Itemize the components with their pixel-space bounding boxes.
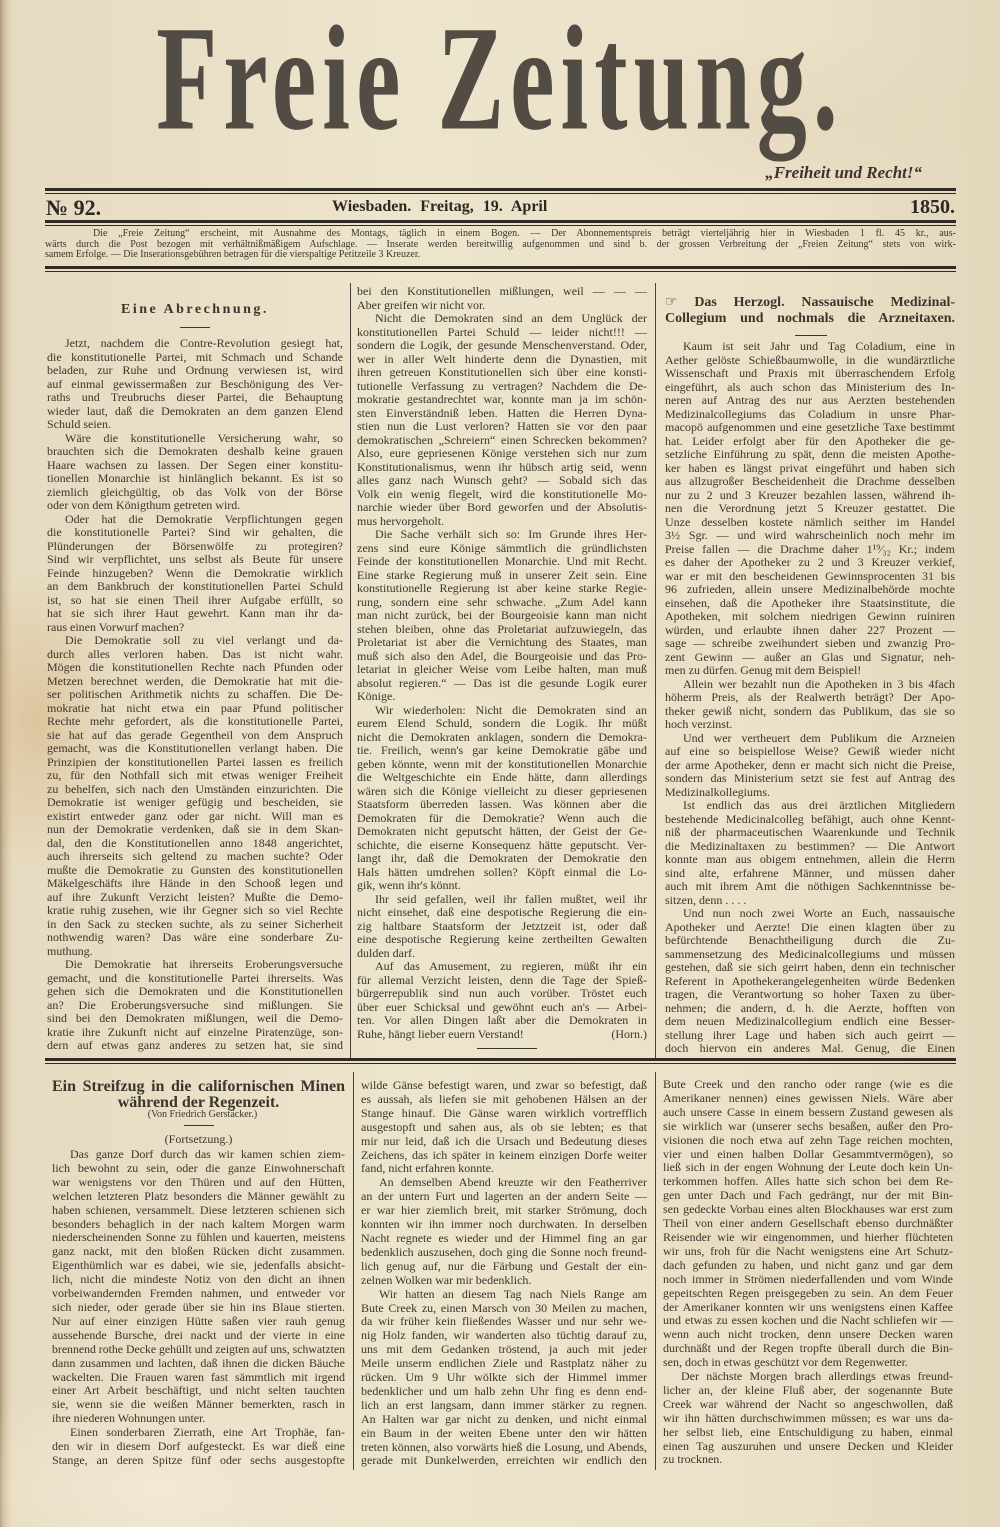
- text-line: Plünderungen der Börsenwölfe zu protegir…: [47, 540, 343, 554]
- text-line: Apotheker und Aerzte! Die einen klagten …: [665, 921, 955, 935]
- text-line: mus hervorgeholt.: [357, 515, 647, 529]
- text-line: alles ganz nach Wunsch geht? — Sobald si…: [357, 474, 647, 488]
- text-line: tionellen Monarchie ist hinlänglich beka…: [47, 472, 343, 486]
- text-line: Wissenschaft und Praxis mit überraschend…: [665, 367, 955, 381]
- text-line: uns mit dem Gedanken tröstend, ja auch m…: [361, 1343, 647, 1357]
- text-line: lich, nicht die mindeste Notiz von den d…: [52, 1273, 345, 1287]
- text-line: sten Einverständniß leben. Hatten die He…: [357, 407, 647, 421]
- text-line: gepeitschten Regen preisgegeben zu sein.…: [663, 1287, 953, 1301]
- text-line: die konstitutionelle Partei? Sind wir ge…: [47, 526, 343, 540]
- text-line: Aether gelöste Schießbaumwolle, in die w…: [665, 354, 955, 368]
- text-line: bürgerrepublik sind nun auch vorüber. Tr…: [357, 987, 647, 1001]
- text-line: in den Sack zu stecken suchte, als zu se…: [47, 918, 343, 932]
- issue-year: 1850.: [910, 196, 955, 219]
- text-line: auf ihre Zukunft Verzicht leisten? Mußte…: [47, 891, 343, 905]
- text-line: wilde Gänse befestigt waren, und zwar so…: [361, 1079, 647, 1093]
- text-line: nehmen; die andern, d. h. die Aerzte, ho…: [665, 1002, 955, 1016]
- text-line: nig Holz fanden, wir wanderten also tüch…: [361, 1329, 647, 1343]
- issue-number: № 92.: [46, 195, 101, 221]
- text-line: Ruhe, hängt lieber euern Verstand!(Horn.…: [357, 1028, 647, 1042]
- text-line: Das ganze Dorf durch das wir kamen schie…: [52, 1148, 345, 1162]
- text-line: war wenigstens vor den Thüren und auf de…: [52, 1176, 345, 1190]
- author-signature: (Horn.): [611, 1028, 647, 1042]
- text-line: Nur auf einer einzigen Hütte saßen vier …: [52, 1315, 345, 1329]
- text-line: Stange, an deren Spitze fünf oder sechs …: [52, 1454, 345, 1468]
- article-title-eine-abrechnung: Eine Abrechnung.: [47, 302, 343, 318]
- text-line: gerade mit Dunkelwerden, erreichten wir …: [361, 1454, 647, 1468]
- text-line: Rechte mehr gefordert, als die konstitut…: [47, 715, 343, 729]
- text-line: auf eine so beispiellose Weise? Gewiß wi…: [665, 745, 955, 759]
- text-line: An demselben Abend kreuzte wir den Feath…: [361, 1176, 647, 1190]
- text-line: fand, nicht erfahren konnte.: [361, 1162, 647, 1176]
- text-line: sie hat auf das gerade Gegentheil von de…: [47, 729, 343, 743]
- article-column-streifzug-continued: Bute Creek und den rancho oder range (wi…: [663, 1078, 953, 1467]
- text-line: Einen sonderbaren Zierrath, eine Art Tro…: [52, 1426, 345, 1440]
- column-separator: [655, 283, 656, 1058]
- text-line: Referent in Apothekerangelegenheiten wür…: [665, 975, 955, 989]
- text-line: sondern die Logik, der gesunde Menschenv…: [357, 339, 647, 353]
- text-line: auch unsere Casse in einem bessern Zusta…: [663, 1106, 953, 1120]
- text-line: besonders behaglich in der nach kaltem M…: [52, 1218, 345, 1232]
- text-line: sen gedeckte Vorbau eines alten Blockhau…: [663, 1203, 953, 1217]
- text-line: sich nieder, oder gerade über sie hin in…: [52, 1301, 345, 1315]
- text-line: konstitutionelle Regierung ist aber kein…: [357, 582, 647, 596]
- text-line: dach gefunden zu haben, und nicht ganz u…: [663, 1259, 953, 1273]
- text-line: Auf das Amusement, zu regieren, müßt ihr…: [357, 960, 647, 974]
- text-line: Wir wiederholen: Nicht die Demokraten si…: [357, 704, 647, 718]
- text-line: wir uns, froh für die Nacht wenigstens e…: [663, 1245, 953, 1259]
- text-line: visionen die noch etwa auf zehn Tage rei…: [663, 1134, 953, 1148]
- text-line: hat sie sich ihrer Haut gewehrt. Kann ma…: [47, 607, 343, 621]
- text-line: sammensetzung des Medicinalcollegiums un…: [665, 948, 955, 962]
- horizontal-rule: [45, 266, 956, 272]
- text-line: 96 zufrieden, allein unsere Medizinalbeh…: [665, 583, 955, 597]
- text-line: schichte, die eiserne Konsequenz hätte g…: [357, 839, 647, 853]
- column-separator: [353, 1072, 354, 1470]
- text-line: niederscheinenden Sonne zu fühlen und ka…: [52, 1231, 345, 1245]
- text-line: ist, so hat sie einen Theil ihrer Aufgab…: [47, 594, 343, 608]
- text-line: Sind wir verpflichtet, uns selbst als Be…: [47, 553, 343, 567]
- text-line: einsehen, daß die Apotheker ihre Staatsi…: [665, 597, 955, 611]
- text-line: theker gewiß nicht, sondern das Publikum…: [665, 705, 955, 719]
- text-line: tutionelle Verfassung zu vertragen? Nach…: [357, 380, 647, 394]
- text-line: aussehende Bursche, drei nackt und der v…: [52, 1329, 345, 1343]
- text-line: ihren getreuen Konstitutionellen sich üb…: [357, 366, 647, 380]
- text-line: Unze desselben kostete nämlich seither i…: [665, 516, 955, 530]
- masthead-motto: „Freiheit und Recht!“: [690, 163, 922, 183]
- article-title-streifzug: Ein Streifzug in die californischen Mine…: [52, 1078, 345, 1095]
- text-line: Und nun noch zwei Worte an Euch, nassaui…: [665, 907, 955, 921]
- text-line: sage — schreibe zweihundert sieben und z…: [665, 637, 955, 651]
- text-line: Creek war während der Nacht so angeschwo…: [663, 1398, 953, 1412]
- text-line: Nicht die Demokraten sind an dem Unglück…: [357, 312, 647, 326]
- text-line: muthung.: [47, 945, 343, 959]
- text-line: Könige.: [357, 690, 647, 704]
- text-line: zu trocknen.: [663, 1453, 953, 1467]
- section-divider-rule: [45, 1058, 956, 1064]
- text-line: letariat in gleicher Weise vom Leibe hal…: [357, 663, 647, 677]
- text-line: gehen sich die Demokraten und die Konsti…: [47, 985, 343, 999]
- text-line: es daher der Apotheker zu 2 und 3 Kreuze…: [665, 556, 955, 570]
- text-line: her selbst lieb, eine Entschuldigung zu …: [663, 1426, 953, 1440]
- horizontal-rule: [45, 188, 956, 194]
- text-line: dern auf etwas ganz anderes zu setzen ha…: [47, 1039, 343, 1053]
- text-line: Stange hinauf. Die Gänse waren wirklich …: [361, 1107, 647, 1121]
- text-line: Die Demokratie soll zu viel verlangt und…: [47, 634, 343, 648]
- text-line: Prinzipien der konstitutionellen Partei …: [47, 756, 343, 770]
- text-line: lich genug auf, nur die Färbung und Gest…: [361, 1260, 647, 1274]
- text-line: Mögen die konstitutionellen Rechte nach …: [47, 661, 343, 675]
- text-line: wir ihn hätten durchschwimmen müssen; es…: [663, 1412, 953, 1426]
- continuation-label: (Fortsetzung.): [52, 1132, 345, 1146]
- text-line: haben schienen, versammelt. Diese letzte…: [52, 1204, 345, 1218]
- text-line: lich bewohnt zu sein, oder die ganze Ein…: [52, 1162, 345, 1176]
- text-line: da wir früher kein fließendes Wasser und…: [361, 1315, 647, 1329]
- text-line: bedenklicher und um halb zehn Uhr fing e…: [361, 1385, 647, 1399]
- text-line: Nacht regnete es wieder und der Himmel f…: [361, 1232, 647, 1246]
- text-line: rücken. Um 9 Uhr wölkte sich der Himmel …: [361, 1371, 647, 1385]
- text-line: an? Die Eroberungsversuche sind mißlunge…: [47, 999, 343, 1013]
- text-line: bei den Konstitutionellen mißlungen, wei…: [357, 285, 647, 299]
- text-line: Ein Streifzug in die californischen Mine…: [52, 1078, 345, 1095]
- text-line: sen, doch in etwas geschützt vor dem Reg…: [663, 1356, 953, 1370]
- text-line: Und wer vertheuert dem Publikum die Arzn…: [665, 732, 955, 746]
- text-line: Theil von einer andern Gesellschaft eben…: [663, 1217, 953, 1231]
- column-separator: [350, 283, 351, 1058]
- text-line: Zeichens, das ich später in keinem einzi…: [361, 1149, 647, 1163]
- article-title-medizinal-collegium: ☞ Das Herzogl. Nassauische Medizinal-Col…: [665, 295, 955, 326]
- text-line: Wir hatten an diesem Tag nach Niels Rang…: [361, 1288, 647, 1302]
- text-line: Mäkelgeschäfts ihre Hände in den Schooß …: [47, 877, 343, 891]
- text-line: konnte man aus obigem entnehmen, allein …: [665, 853, 955, 867]
- text-line: über euer Schicksal und gewöhnt euch an'…: [357, 1001, 647, 1015]
- text-line: aus allzugroßer Bescheidenheit die Drach…: [665, 475, 955, 489]
- text-line: tragen, die Verantwortung so hoher Taxen…: [665, 988, 955, 1002]
- subscription-notice: Die „Freie Zeitung“ erscheint, mit Ausna…: [45, 229, 956, 261]
- text-line: Bute Creek und den rancho oder range (wi…: [663, 1078, 953, 1092]
- text-line: Wäre die konstitutionelle Versicherung w…: [47, 432, 343, 446]
- text-line: neren auf Antrag des nur aus Aerzten bes…: [665, 394, 955, 408]
- text-line: nicht die Demokraten anklagen, sondern d…: [357, 731, 647, 745]
- text-line: bedenklich auszusehen, doch ging die Son…: [361, 1246, 647, 1260]
- text-line: und etwas zu essen kochen und die Nacht …: [663, 1314, 953, 1328]
- text-line: die konstitutionelle Partei, mit Schmach…: [47, 351, 343, 365]
- text-line: absolut regieren.“ — Das ist die gesunde…: [357, 677, 647, 691]
- text-line: nen die Verordnung jetzt 5 Kreuzer gesta…: [665, 502, 955, 516]
- text-line: brauchten sich die Demokraten deshalb ke…: [47, 445, 343, 459]
- text-line: treten können, also vorwärts hieß die Lo…: [361, 1441, 647, 1455]
- text-line: dem neuen Medizinalcollegium endlich ein…: [665, 1015, 955, 1029]
- text-line: nur zu 2 und 3 Kreuzer bezahlen lassen, …: [665, 489, 955, 503]
- text-line: macopö aufgenommen und eine gesetzliche …: [665, 421, 955, 435]
- text-line: sie, wenn sie die weißen Männer bemerkte…: [52, 1398, 345, 1412]
- text-line: man nicht zurück, bei der Bourgeoisie ka…: [357, 609, 647, 623]
- text-line: würden, und erlaubte ihnen daher 227 Pro…: [665, 624, 955, 638]
- text-line: geben könnte, wenn mit der konstitutione…: [357, 758, 647, 772]
- text-line: muß sich also den Adel, die Bourgeoisie …: [357, 650, 647, 664]
- text-line: wären sich die Könige vielleicht zu dies…: [357, 785, 647, 799]
- text-line: einen Tag auszuruhen und unsere Decken u…: [663, 1440, 953, 1454]
- text-line: zelnen Wolken war mir bedenklich.: [361, 1274, 647, 1288]
- text-line: Meile unserm endlichen Ziele und Rastpla…: [361, 1357, 647, 1371]
- text-line: wer in aller Welt hinderte denn die Dyna…: [357, 353, 647, 367]
- text-line: dann zusammen und lachten, daß ihnen die…: [52, 1357, 345, 1371]
- text-line: war er mit den bescheidenen Gewinnsproce…: [665, 570, 955, 584]
- text-line: sind bei den Demokraten mißlungen, weil …: [47, 1012, 343, 1026]
- text-line: existirt entweder ganz oder gar nicht. W…: [47, 810, 343, 824]
- text-line: samem Erfolge. — Die Inserationsgebühren…: [45, 250, 956, 261]
- text-line: narchie wieder über Bord geworfen und de…: [357, 501, 647, 515]
- text-line: für allemal Verzicht leisten, denn die T…: [357, 974, 647, 988]
- text-line: nun der Demokratie verdenken, daß sie in…: [47, 823, 343, 837]
- text-line: welchen letzteren Platz besonders die Mä…: [52, 1190, 345, 1204]
- text-line: ser politischen Arithmetik nichts zu sch…: [47, 688, 343, 702]
- text-line: Metzen berechnet werden, die Demokratie …: [47, 675, 343, 689]
- text-line: wenn auch nicht trocken, denn unsere Dec…: [663, 1328, 953, 1342]
- text-line: vorbeiwandernden Fremden nahmen, und ent…: [52, 1287, 345, 1301]
- text-line: nicht einsehet, daß eine despotische Reg…: [357, 906, 647, 920]
- text-line: Ist endlich das aus drei ärztlichen Mitg…: [665, 799, 955, 813]
- text-line: dal, den die Konstitutionellen anno 1848…: [47, 837, 343, 851]
- article-byline: (Von Friedrich Gerstäcker.): [60, 1109, 345, 1121]
- text-line: ganz nackt, mit den bloßen Rücken dicht …: [52, 1245, 345, 1259]
- text-line: gik, wenn ihr's könnt.: [357, 879, 647, 893]
- text-line: An Halten war gar nicht zu denken, und n…: [361, 1413, 647, 1427]
- text-line: befürchtende Benachtheiligung durch die …: [665, 934, 955, 948]
- text-line: ließ sich in der engen Wohnung der Leute…: [663, 1161, 953, 1175]
- text-line: brennend rothe Decke gehüllt und zeigten…: [52, 1343, 340, 1357]
- text-line: Reisender wie wir eingenommen, und hierh…: [663, 1231, 953, 1245]
- text-line: Die Demokratie hat ihrerseits Eroberungs…: [47, 958, 343, 972]
- text-line: Aber greifen wir nicht vor.: [357, 299, 647, 313]
- text-line: Ihr seid gefallen, weil ihr fallen mußte…: [357, 893, 647, 907]
- text-line: Also, eure gepriesenen Könige verstehen …: [357, 447, 647, 461]
- text-line: Apotheken, mit solchem niedrigen Gewinn …: [665, 610, 955, 624]
- text-line: durchnäßt und der Regen tropfte überall …: [663, 1342, 953, 1356]
- text-line: Jetzt, nachdem die Contre-Revolution ges…: [47, 337, 343, 351]
- text-line: gemacht, was die Konstitutionellen verla…: [47, 742, 343, 756]
- text-line: langt ihr, daß die Demokraten der Demokr…: [357, 852, 647, 866]
- text-line: der Amerikaner konnten wir uns wenigsten…: [663, 1301, 953, 1315]
- article-column-medizinal-collegium: Kaum ist seit Jahr und Tag Coladium, ein…: [665, 340, 955, 1056]
- text-line: zent Gewinn — außer an Glas und Signatur…: [665, 651, 955, 665]
- text-line: er war hier ziemlich breit, mit starker …: [361, 1204, 647, 1218]
- text-line: an der untern Furt und lagerten an der a…: [361, 1190, 647, 1204]
- text-line: es aussah, als liefen sie mit gehobenen …: [361, 1093, 647, 1107]
- text-line: Eine starke Regierung muß in unserer Zei…: [357, 569, 647, 583]
- title-underline-rule: [184, 1125, 214, 1126]
- text-line: ☞ Das Herzogl. Nassauische Medizinal-: [665, 295, 955, 311]
- text-line: zig haltbare Staatsform der Jetztzeit is…: [357, 920, 647, 934]
- text-line: Eigenthümlich war es dabei, wie sie, jed…: [52, 1259, 345, 1273]
- text-line: mokratie gestandrechtet war, konnte man …: [357, 393, 647, 407]
- article-end-rule: [477, 1048, 537, 1049]
- text-line: Oder hat die Demokratie Verpflichtungen …: [47, 513, 343, 527]
- text-line: den wir in diesem Dorf aufgesteckt. Es w…: [52, 1440, 345, 1454]
- article-column-eine-abrechnung: Jetzt, nachdem die Contre-Revolution ges…: [47, 337, 343, 1053]
- text-line: ausgestopft und sahen aus, als ob sie le…: [361, 1121, 647, 1135]
- text-line: stellung ihrer Lage und haben sich auch …: [665, 1029, 955, 1043]
- text-line: oder von dem Königthum getreten wird.: [47, 499, 343, 513]
- text-line: Allein wer bezahlt nun die Apotheken in …: [665, 678, 955, 692]
- text-line: gemacht, und die konstitutionelle Partei…: [47, 972, 343, 986]
- text-line: die Medizinaltaxen zu bestimmen? — Die A…: [665, 840, 955, 854]
- text-line: ten. Vor allen Dingen laßt aber die Demo…: [357, 1014, 647, 1028]
- text-line: Medizinalkollegiums.: [665, 786, 955, 800]
- text-line: Staatsform überreden lassen. Was können …: [357, 798, 647, 812]
- text-line: Bute Creek zu, einen Marsch von 30 Meile…: [361, 1302, 647, 1316]
- text-line: raths und Treubruchs dieser Partei, die …: [47, 391, 343, 405]
- article-column-streifzug-continued: wilde Gänse befestigt waren, und zwar so…: [361, 1079, 647, 1468]
- text-line: ker haben es längst privat eingeführt un…: [665, 462, 955, 476]
- text-line: Volk ein wenig flegelt, wird die konstit…: [357, 488, 647, 502]
- article-column-eine-abrechnung-continued: bei den Konstitutionellen mißlungen, wei…: [357, 285, 647, 1041]
- text-line: hoch verzinst.: [665, 718, 955, 732]
- article-column-streifzug: Das ganze Dorf durch das wir kamen schie…: [52, 1148, 345, 1468]
- text-line: dulden darf.: [357, 947, 647, 961]
- text-line: der arme Apotheker, denn er macht sich n…: [665, 759, 955, 773]
- text-line: zu, für den Nothfall sich mit etwas weni…: [47, 769, 343, 783]
- text-line: gestehen, daß sie sich geirrt haben, den…: [665, 961, 955, 975]
- text-line: sitzen, denn . . . .: [665, 894, 955, 908]
- text-line: durch alles verloren haben. Das ist nich…: [47, 648, 343, 662]
- text-line: auf einmal gewissermaßen zur Beschönigun…: [47, 378, 343, 392]
- text-line: sondern das Ministerium setzt sie fest a…: [665, 772, 955, 786]
- text-line: stehen bleiben, ohne das Proletariat auf…: [357, 623, 647, 637]
- text-line: lich an erst langsam, dann immer stärker…: [361, 1399, 647, 1413]
- text-line: auch mit ihrem Amt die nöthigen Sachkenn…: [665, 880, 955, 894]
- text-line: höherm Preis, als der Realwerth beträgt?…: [665, 691, 955, 705]
- text-line: sind alte, erfahrene Männer, und müssen …: [665, 867, 955, 881]
- text-line: Demokraten für die Demokratie? Wenn auch…: [357, 812, 647, 826]
- text-line: Collegium und nochmals die Arzneitaxen.: [665, 311, 955, 327]
- text-line: Feinde hinzugeben? Wenn die Demokratie w…: [47, 567, 343, 581]
- text-line: terkommen hoffen. Alles hatte sich schon…: [663, 1175, 953, 1189]
- text-line-content: Ruhe, hängt lieber euern Verstand!: [357, 1028, 524, 1042]
- text-line: tie. Freilich, wenn's gar keine Demokrat…: [357, 744, 647, 758]
- text-line: kratie ruhig zusehen, wie ihr Gegner sic…: [47, 904, 343, 918]
- text-line: Proletariat ist aber die Vernichtung des…: [357, 636, 647, 650]
- text-line: kratie ihre Zukunft nicht auf einzelne P…: [47, 1026, 343, 1040]
- text-line: Kaum ist seit Jahr und Tag Coladium, ein…: [665, 340, 955, 354]
- text-line: niß der pharmaceutischen Waarenkunde und…: [665, 826, 955, 840]
- text-line: noch immer in Strömen niederfallenden un…: [663, 1273, 953, 1287]
- text-line: doch hiervon ein anderes Mal. Genug, die…: [665, 1042, 955, 1056]
- text-line: nothwendig waren? Das wäre eine sonderba…: [47, 931, 343, 945]
- text-line: eurem Elend Schuld, sondern die Logik. I…: [357, 717, 647, 731]
- text-line: stien nun die Lust verloren? Hatten sie …: [357, 420, 647, 434]
- text-line: Haare wachsen zu lassen. Der Segen einer…: [47, 459, 343, 473]
- text-line: zens sind eure Könige sämmtlich die grün…: [357, 542, 647, 556]
- text-line: ihre niederen Wohnungen unter.: [52, 1412, 345, 1426]
- text-line: hat. Leider erfolgt aber für den Apothek…: [665, 435, 955, 449]
- text-line: eine despotische Regierung keine zerthei…: [357, 933, 647, 947]
- text-line: bestehende Medicinalcolleg befähigt, auc…: [665, 813, 955, 827]
- text-line: Hals hätten umdrehen sollen? Köpft einma…: [357, 866, 647, 880]
- text-line: wieder laut, daß die Demokraten an dem g…: [47, 405, 343, 419]
- text-line: sie wirklich war (unserer sechs besaßen,…: [663, 1120, 953, 1134]
- text-line: Der nächste Morgen brach allerdings etwa…: [663, 1370, 953, 1384]
- text-line: Demokraten nicht geputscht hätten, der G…: [357, 825, 647, 839]
- text-line: Demokratie ist weniger gefügig und besch…: [47, 796, 343, 810]
- text-line: Die „Freie Zeitung“ erscheint, mit Ausna…: [45, 229, 956, 240]
- text-line: auch ihrerseits sich geltend zu machen s…: [47, 850, 343, 864]
- text-line: Schuld seien.: [47, 418, 343, 432]
- text-line: raus einen Vorwurf machen?: [47, 621, 343, 635]
- text-line: Amerikaner nennen) eines gewissen Niels.…: [663, 1092, 953, 1106]
- title-underline-rule: [180, 327, 210, 328]
- column-separator: [655, 1072, 656, 1470]
- text-line: an dem Bankbruch der konstitutionellen P…: [47, 580, 343, 594]
- text-line: vier und einen halben Dollar Gesammtverm…: [663, 1148, 953, 1162]
- text-line: eingeführt, als auch schon das Ministeri…: [665, 381, 955, 395]
- title-underline-rule: [795, 335, 827, 336]
- text-line: gen unter Dach und Fach gedrängt, nur de…: [663, 1189, 953, 1203]
- text-line: zu behelfen, sich nach den Umständen ein…: [47, 783, 343, 797]
- text-line: einer Art Arbeit beschäftigt, und nicht …: [52, 1384, 345, 1398]
- text-line: men zu dürfen. Genug mit dem Beispiel!: [665, 664, 955, 678]
- text-line: konstitutionellen Partei Schuld — leider…: [357, 326, 647, 340]
- text-line: wackelten. Die Frauen waren fast sämmtli…: [52, 1371, 345, 1385]
- text-line: demokratischen „Schreiern“ einen Schreck…: [357, 434, 647, 448]
- text-line: Feinde der konstitutionellen Monarchie. …: [357, 555, 647, 569]
- text-line: Medizinalcollegiums das Coladium in unsr…: [665, 408, 955, 422]
- text-line: ziemlich gleichgültig, ob das Volk von d…: [47, 486, 343, 500]
- text-line: ein Baum in der weiten Ebene unter den w…: [361, 1427, 647, 1441]
- text-line: beladen, zur Ruhe und Ordnung verwiesen …: [47, 364, 343, 378]
- horizontal-rule: [45, 220, 956, 226]
- text-line: Preise fallen — die Drachme daher 1¹⁹⁄₃₂…: [665, 543, 955, 557]
- text-line: konnten wir ihn immer noch durchwaten. I…: [361, 1218, 647, 1232]
- text-line: mußte die Demokratie zu Gunsten des kons…: [47, 864, 343, 878]
- masthead-title: Freie Zeitung.: [0, 4, 1000, 154]
- text-line: mokratie hat nicht etwa ein paar Pfund p…: [47, 702, 343, 716]
- text-line: mir nur leid, daß ich die Ursach und Bed…: [361, 1135, 647, 1149]
- text-line: rung, sondern eine sehr schwache. „Zum A…: [357, 596, 647, 610]
- text-line: Die Sache verhält sich so: Im Grunde ihr…: [357, 528, 647, 542]
- dateline-place-date: Wiesbaden. Freitag, 19. April: [332, 198, 547, 216]
- text-line: die Weltgeschichte ein Ende hätte, dann …: [357, 771, 647, 785]
- text-line: Konstitutionalismus, wenn ihr hübsch art…: [357, 461, 647, 475]
- text-line: licher an, der kleine Fluß aber, der sog…: [663, 1384, 953, 1398]
- text-line: 3½ Sgr. — und wird wahrscheinlich noch m…: [665, 529, 955, 543]
- text-line: setzliche Einführung zu spät, denn die m…: [665, 448, 955, 462]
